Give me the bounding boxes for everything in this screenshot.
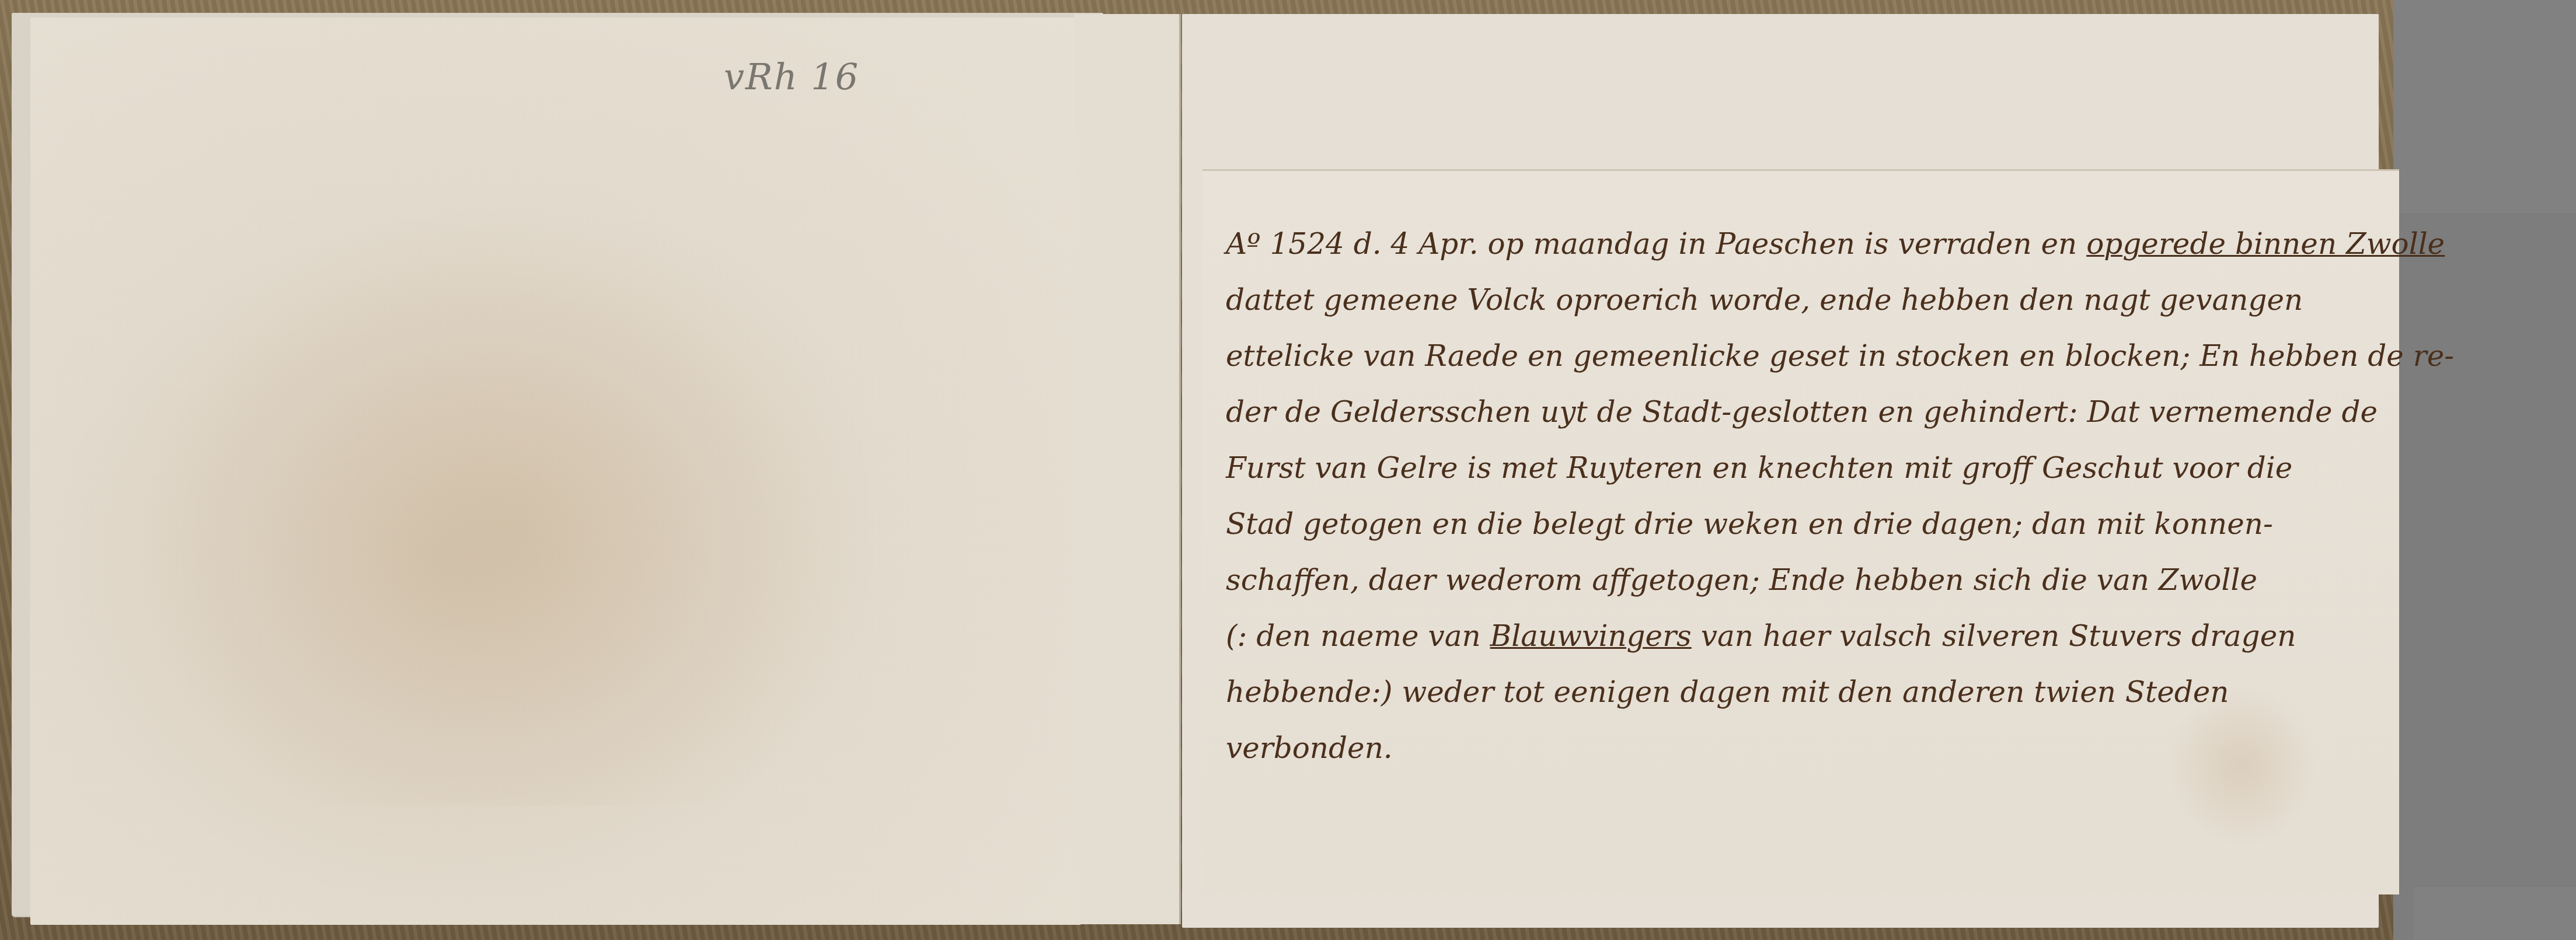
underlined-phrase: Blauwvingers: [1490, 619, 1692, 653]
manuscript-line-4: der de Geldersschen uyt de Stadt-geslott…: [1226, 384, 2557, 440]
line-text: verbonden.: [1226, 731, 1393, 765]
line-text: Stad getogen en die belegt drie weken en…: [1226, 507, 2273, 541]
underlined-phrase: opgerede binnen Zwolle: [2086, 227, 2445, 261]
page-stub: [1074, 14, 1181, 924]
line-text: hebbende:) weder tot eenigen dagen mit d…: [1226, 675, 2229, 709]
manuscript-line-6: Stad getogen en die belegt drie weken en…: [1226, 496, 2557, 552]
line-text: ettelicke van Raede en gemeenlicke geset…: [1226, 339, 2454, 373]
manuscript-line-5: Furst van Gelre is met Ruyteren en knech…: [1226, 440, 2557, 496]
line-text: (: den naeme van: [1226, 619, 1490, 653]
line-text: dattet gemeene Volck oproerich worde, en…: [1226, 283, 2303, 317]
manuscript-line-1: Aº 1524 d. 4 Apr. op maandag in Paeschen…: [1226, 216, 2557, 272]
pencil-shelfmark: vRh 16: [724, 55, 859, 98]
manuscript-line-3: ettelicke van Raede en gemeenlicke geset…: [1226, 328, 2557, 384]
redacted-region-bottom: [2414, 887, 2576, 940]
manuscript-line-8: (: den naeme van Blauwvingers van haer v…: [1226, 608, 2557, 664]
redacted-region: [2393, 0, 2576, 213]
line-text: der de Geldersschen uyt de Stadt-geslott…: [1226, 395, 2378, 429]
left-page: [30, 18, 1081, 925]
manuscript-text: Aº 1524 d. 4 Apr. op maandag in Paeschen…: [1226, 216, 2557, 776]
manuscript-line-10: verbonden.: [1226, 720, 2557, 776]
line-text: Aº 1524 d. 4 Apr. op maandag in Paeschen…: [1226, 227, 2086, 261]
manuscript-line-9: hebbende:) weder tot eenigen dagen mit d…: [1226, 664, 2557, 720]
line-text-continued: van haer valsch silveren Stuvers dragen: [1692, 619, 2296, 653]
manuscript-line-2: dattet gemeene Volck oproerich worde, en…: [1226, 272, 2557, 328]
foxing-stain: [135, 193, 894, 805]
line-text: Furst van Gelre is met Ruyteren en knech…: [1226, 451, 2292, 485]
line-text: schaffen, daer wederom affgetogen; Ende …: [1226, 563, 2257, 597]
manuscript-line-7: schaffen, daer wederom affgetogen; Ende …: [1226, 552, 2557, 608]
